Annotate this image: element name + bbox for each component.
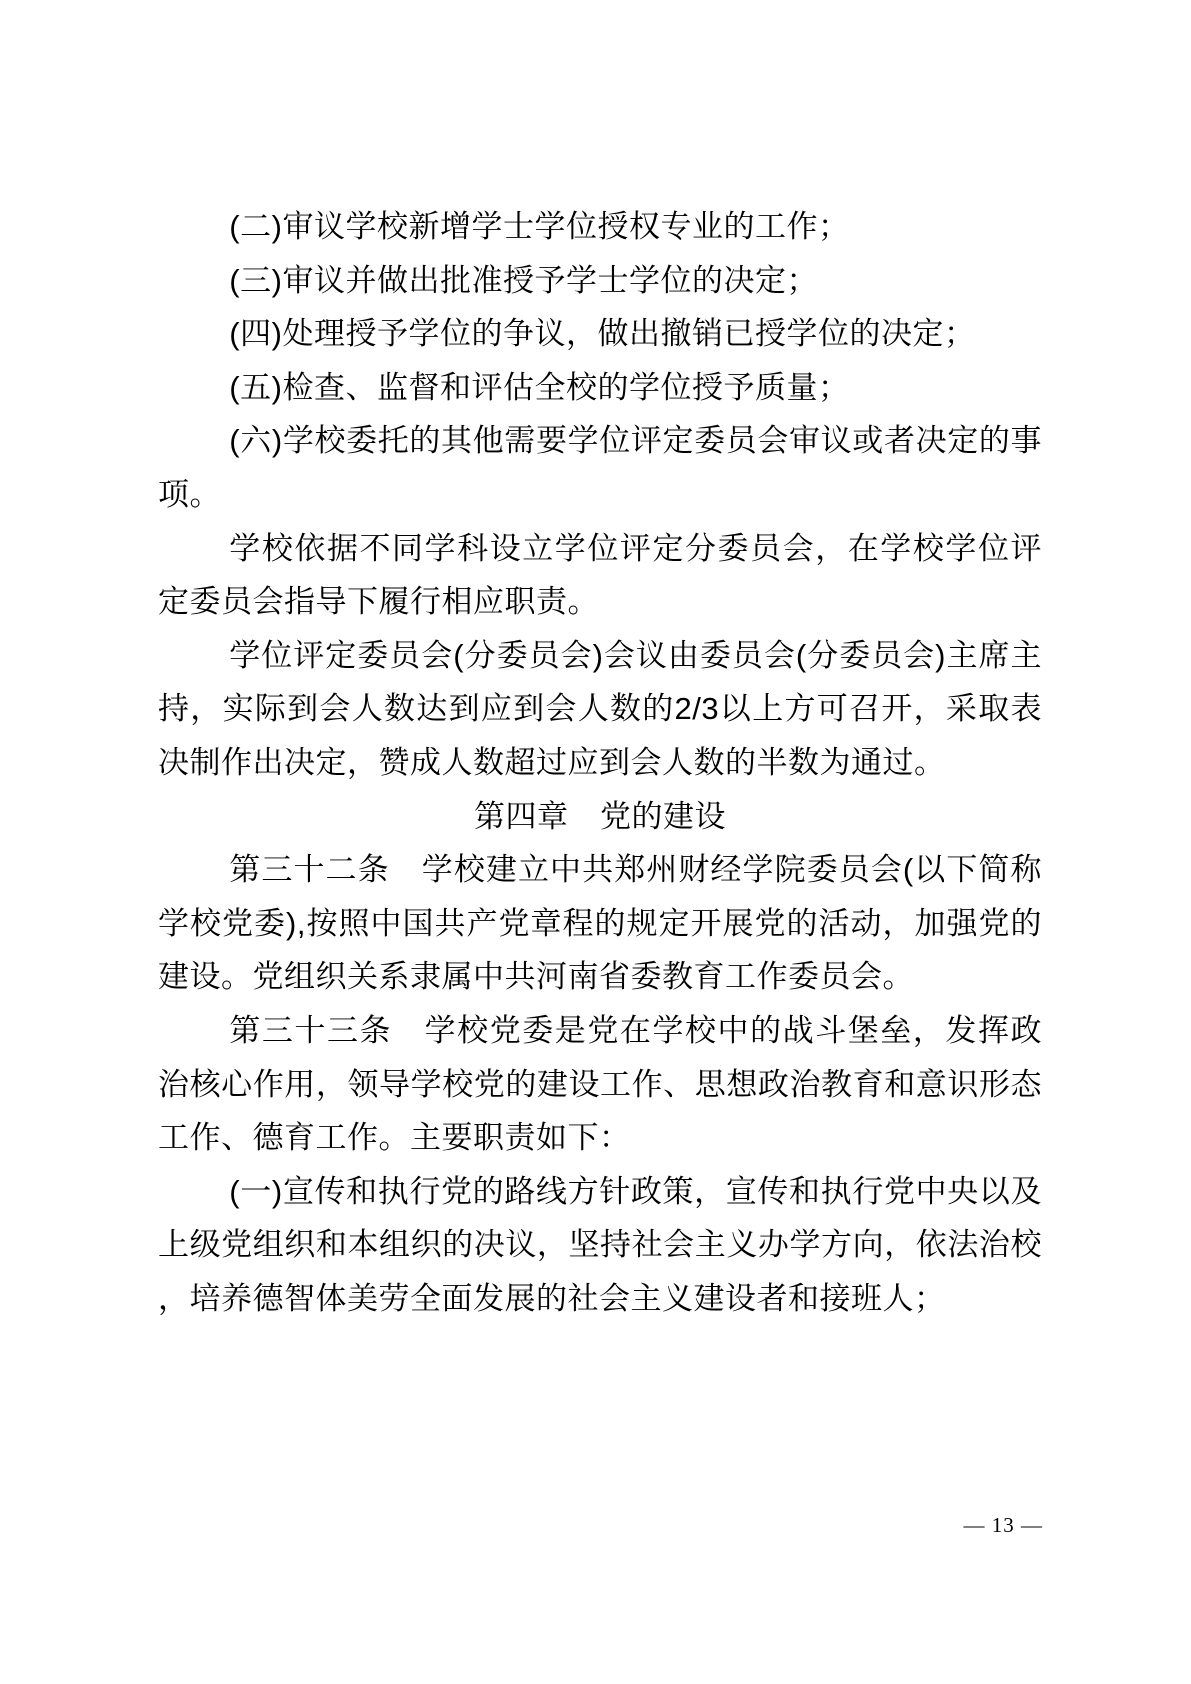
document-page: (二)审议学校新增学士学位授权专业的工作； (三)审议并做出批准授予学士学位的决… [0,0,1191,1684]
paragraph-subcommittees: 学校依据不同学科设立学位评定分委员会，在学校学位评定委员会指导下履行相应职责。 [158,522,1042,629]
article-33: 第三十三条 学校党委是党在学校中的战斗堡垒，发挥政治核心作用，领导学校党的建设工… [158,1004,1042,1165]
list-item-degree-2: (二)审议学校新增学士学位授权专业的工作； [158,200,1042,254]
chapter-heading-party-building: 第四章 党的建设 [158,790,1042,844]
document-content: (二)审议学校新增学士学位授权专业的工作； (三)审议并做出批准授予学士学位的决… [158,200,1042,1325]
list-item-degree-4: (四)处理授予学位的争议，做出撤销已授学位的决定； [158,307,1042,361]
list-item-duty-1: (一)宣传和执行党的路线方针政策，宣传和执行党中央以及上级党组织和本组织的决议，… [158,1165,1042,1326]
list-item-degree-5: (五)检查、监督和评估全校的学位授予质量； [158,361,1042,415]
list-item-degree-3: (三)审议并做出批准授予学士学位的决定； [158,254,1042,308]
list-item-degree-6: (六)学校委托的其他需要学位评定委员会审议或者决定的事项。 [158,414,1042,521]
page-number: — 13 — [964,1513,1044,1537]
article-32: 第三十二条 学校建立中共郑州财经学院委员会(以下简称学校党委),按照中国共产党章… [158,843,1042,1004]
paragraph-committee-meeting-rules: 学位评定委员会(分委员会)会议由委员会(分委员会)主席主持，实际到会人数达到应到… [158,629,1042,790]
page-footer: — 13 — [964,1513,1044,1538]
